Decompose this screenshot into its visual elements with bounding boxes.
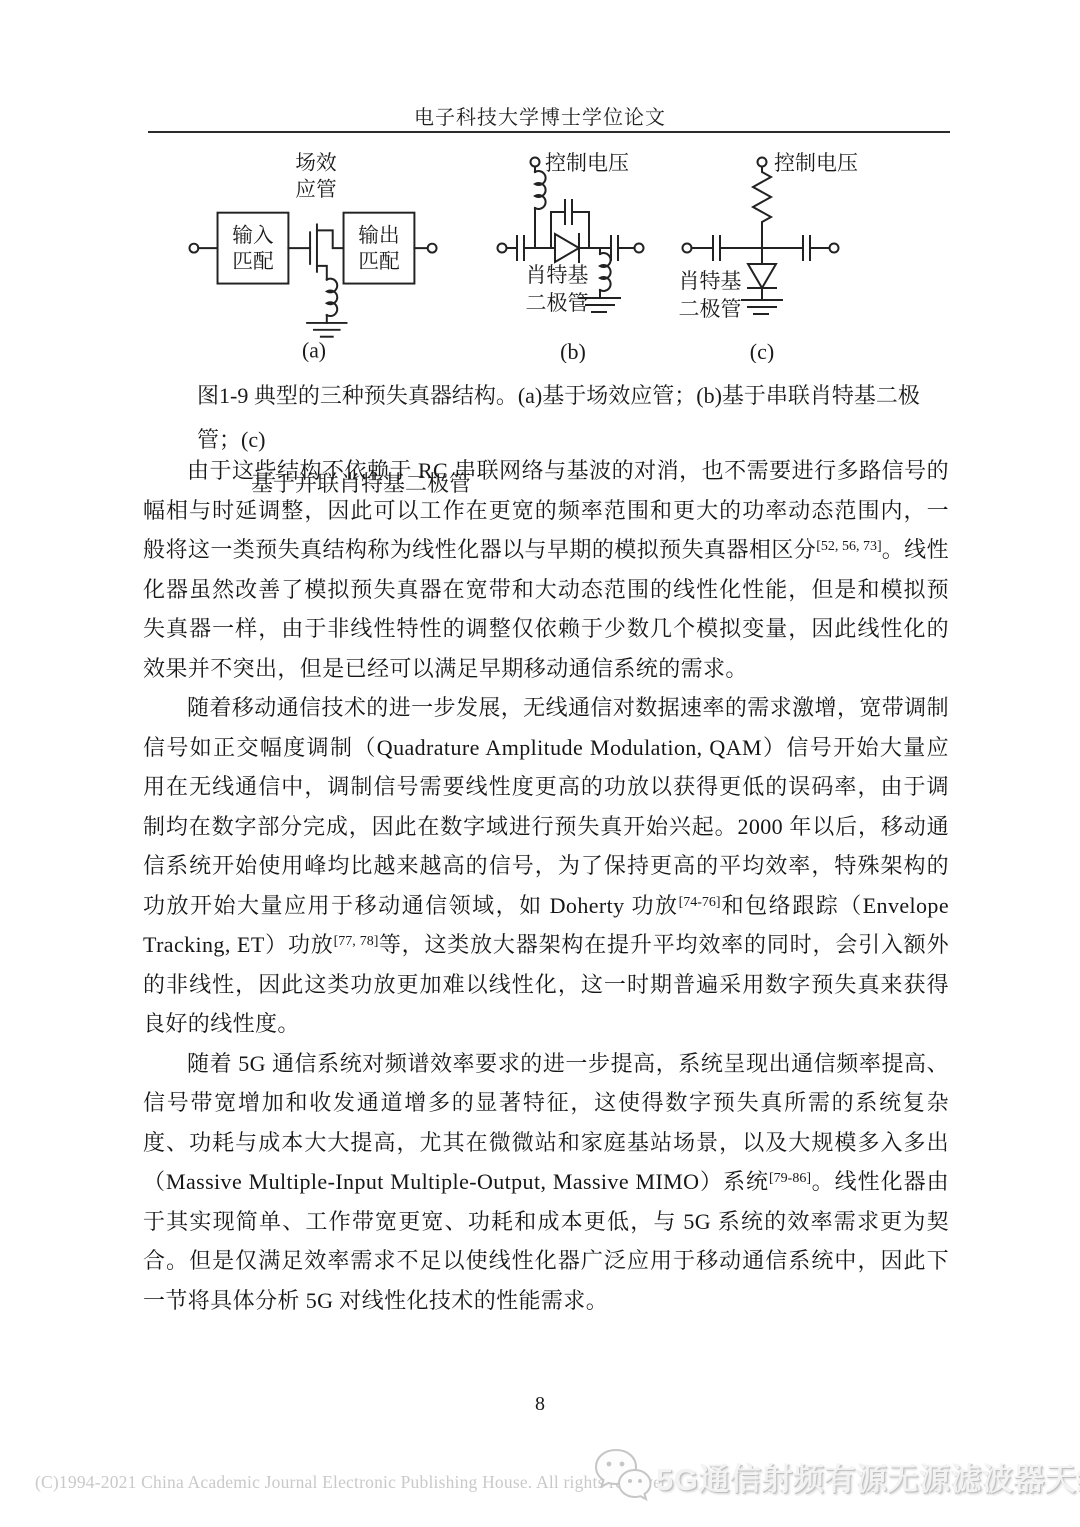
page-number: 8 bbox=[0, 1393, 1080, 1416]
schottky-label-line2: 二极管 bbox=[526, 291, 589, 315]
schottky-label-line2: 二极管 bbox=[679, 297, 742, 321]
capacitor-icon bbox=[611, 236, 618, 260]
input-match-box bbox=[218, 213, 289, 284]
input-box-label-line1: 输入 bbox=[232, 224, 274, 247]
subfigure-tag-c: (c) bbox=[750, 339, 774, 363]
ground-icon bbox=[307, 323, 346, 337]
control-voltage-label: 控制电压 bbox=[774, 151, 858, 175]
output-match-box bbox=[344, 213, 415, 284]
inductor-icon bbox=[535, 171, 546, 209]
terminal-icon bbox=[635, 244, 644, 253]
figure-caption-line1: 图1-9 典型的三种预失真器结构。(a)基于场效应管；(b)基于串联肖特基二极管… bbox=[197, 374, 957, 462]
schottky-label-line1: 肖特基 bbox=[526, 263, 589, 287]
reference-superscript: [79-86] bbox=[769, 1171, 811, 1186]
body-paragraph: 由于这些结构不依赖于 RC 串联网络与基波的对消，也不需要进行多路信号的幅相与时… bbox=[143, 451, 949, 688]
terminal-icon bbox=[428, 244, 437, 253]
reference-superscript: [74-76] bbox=[679, 895, 721, 910]
capacitor-icon bbox=[517, 236, 524, 260]
input-box-label-line2: 匹配 bbox=[232, 250, 274, 273]
capacitor-icon bbox=[565, 200, 572, 224]
control-voltage-label: 控制电压 bbox=[545, 151, 629, 175]
circuit-b-series-schottky: 控制电压 肖特基 二极管 (b) bbox=[495, 148, 655, 363]
copyright-notice: (C)1994-2021 China Academic Journal Elec… bbox=[35, 1472, 675, 1493]
thesis-page: 电子科技大学博士学位论文 bbox=[0, 0, 1080, 1527]
reference-superscript: [52, 56, 73] bbox=[816, 539, 881, 554]
terminal-icon bbox=[498, 244, 507, 253]
circuit-a-fet-predistorter: 场效 应管 输入 匹配 输出 匹配 (a) bbox=[188, 148, 440, 363]
subfigure-tag-a: (a) bbox=[302, 338, 326, 362]
subfigure-tag-b: (b) bbox=[560, 339, 586, 363]
figure-1-9: 场效 应管 输入 匹配 输出 匹配 (a) bbox=[140, 148, 950, 368]
body-text: 由于这些结构不依赖于 RC 串联网络与基波的对消，也不需要进行多路信号的幅相与时… bbox=[143, 451, 949, 1320]
header-rule bbox=[148, 131, 950, 133]
output-box-label-line1: 输出 bbox=[358, 224, 399, 247]
inductor-icon bbox=[600, 253, 611, 291]
resistor-icon bbox=[753, 167, 771, 249]
body-paragraph: 随着 5G 通信系统对频谱效率要求的进一步提高，系统呈现出通信频率提高、信号带宽… bbox=[143, 1044, 949, 1321]
capacitor-icon bbox=[713, 236, 720, 260]
reference-superscript: [77, 78] bbox=[334, 934, 379, 949]
inductor-icon bbox=[327, 279, 337, 316]
body-paragraph: 随着移动通信技术的进一步发展，无线通信对数据速率的需求激增，宽带调制信号如正交幅… bbox=[143, 688, 949, 1044]
circuit-c-shunt-schottky: 控制电压 肖特基 二极管 (c) bbox=[677, 148, 882, 363]
control-terminal-icon bbox=[531, 158, 540, 167]
output-box-label-line2: 匹配 bbox=[358, 250, 400, 273]
terminal-icon bbox=[189, 244, 198, 253]
control-terminal-icon bbox=[758, 158, 767, 167]
fet-label-line1: 场效 bbox=[295, 151, 337, 174]
terminal-icon bbox=[830, 244, 839, 253]
diode-icon bbox=[555, 234, 579, 262]
diode-icon bbox=[748, 264, 776, 288]
ground-icon bbox=[742, 300, 782, 314]
schottky-label-line1: 肖特基 bbox=[679, 269, 742, 293]
watermark: 5G通信射频有源无源滤波器天线 bbox=[592, 1444, 1080, 1508]
terminal-icon bbox=[683, 244, 692, 253]
fet-label-line2: 应管 bbox=[295, 178, 336, 201]
capacitor-icon bbox=[803, 236, 810, 260]
wechat-icon bbox=[592, 1444, 654, 1508]
page-header-title: 电子科技大学博士学位论文 bbox=[0, 101, 1080, 130]
watermark-text: 5G通信射频有源无源滤波器天线 bbox=[656, 1454, 1080, 1499]
